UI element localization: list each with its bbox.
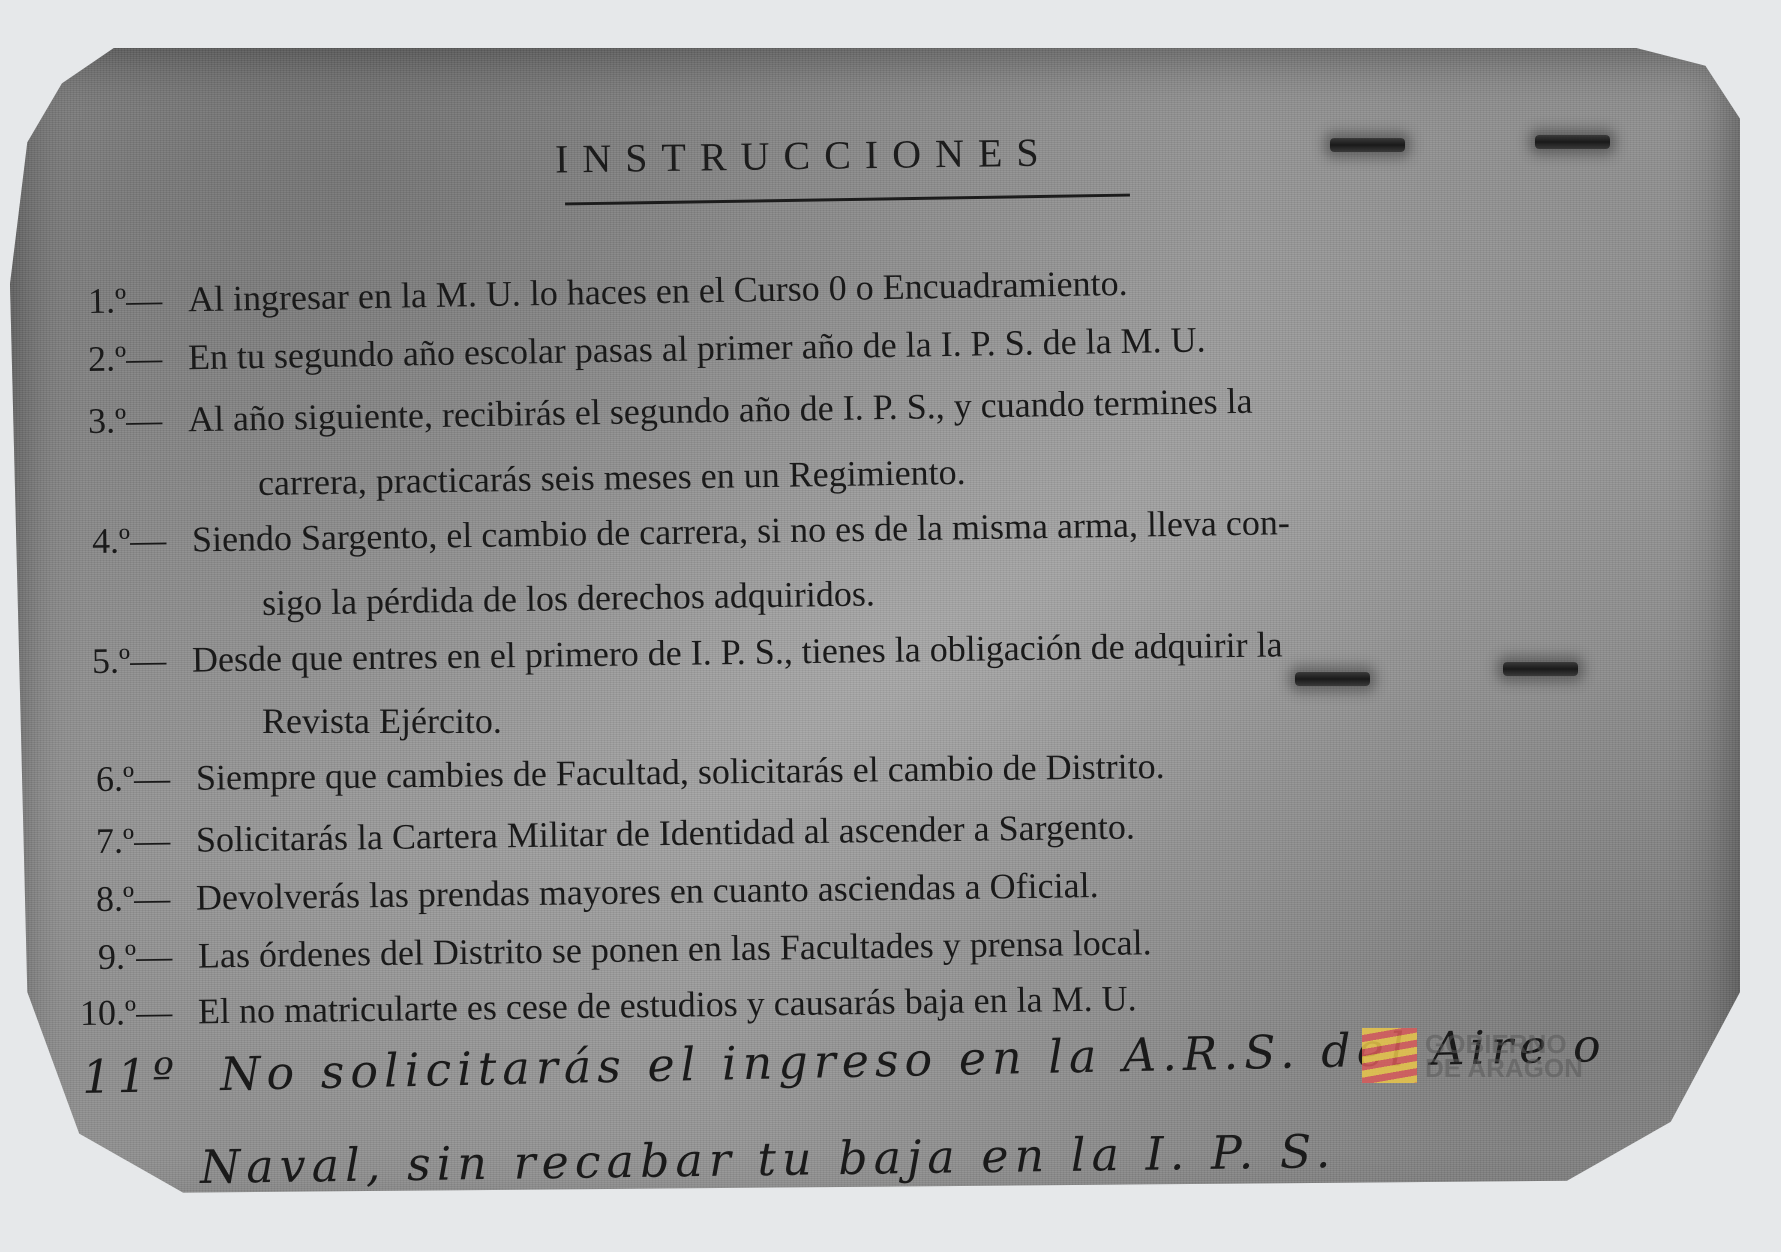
gobierno-de-aragon-watermark: GOBIERNO DE ARAGON: [1362, 1028, 1583, 1083]
staple-mark: [1503, 662, 1578, 676]
item-number: 2.º—: [88, 336, 189, 380]
staple-mark: [1295, 672, 1370, 686]
handwritten-number: 11º: [81, 1048, 180, 1104]
instruction-item-5-continuation: Revista Ejército.: [262, 700, 502, 742]
item-number: 10.º—: [80, 990, 199, 1034]
item-number: 5.º—: [92, 639, 193, 682]
watermark-text: GOBIERNO DE ARAGON: [1425, 1032, 1583, 1080]
item-number: 3.º—: [88, 398, 189, 442]
item-number: 7.º—: [96, 819, 197, 862]
document-title: INSTRUCCIONES: [555, 129, 1053, 183]
item-number: 9.º—: [98, 935, 199, 978]
item-number: 1.º—: [88, 278, 189, 322]
item-number: 4.º—: [92, 518, 193, 562]
item-number: 8.º—: [96, 877, 197, 920]
staple-mark: [1330, 138, 1405, 152]
staple-mark: [1535, 135, 1610, 149]
item-number: 6.º—: [96, 757, 197, 800]
aragon-flag-icon: [1362, 1028, 1417, 1083]
